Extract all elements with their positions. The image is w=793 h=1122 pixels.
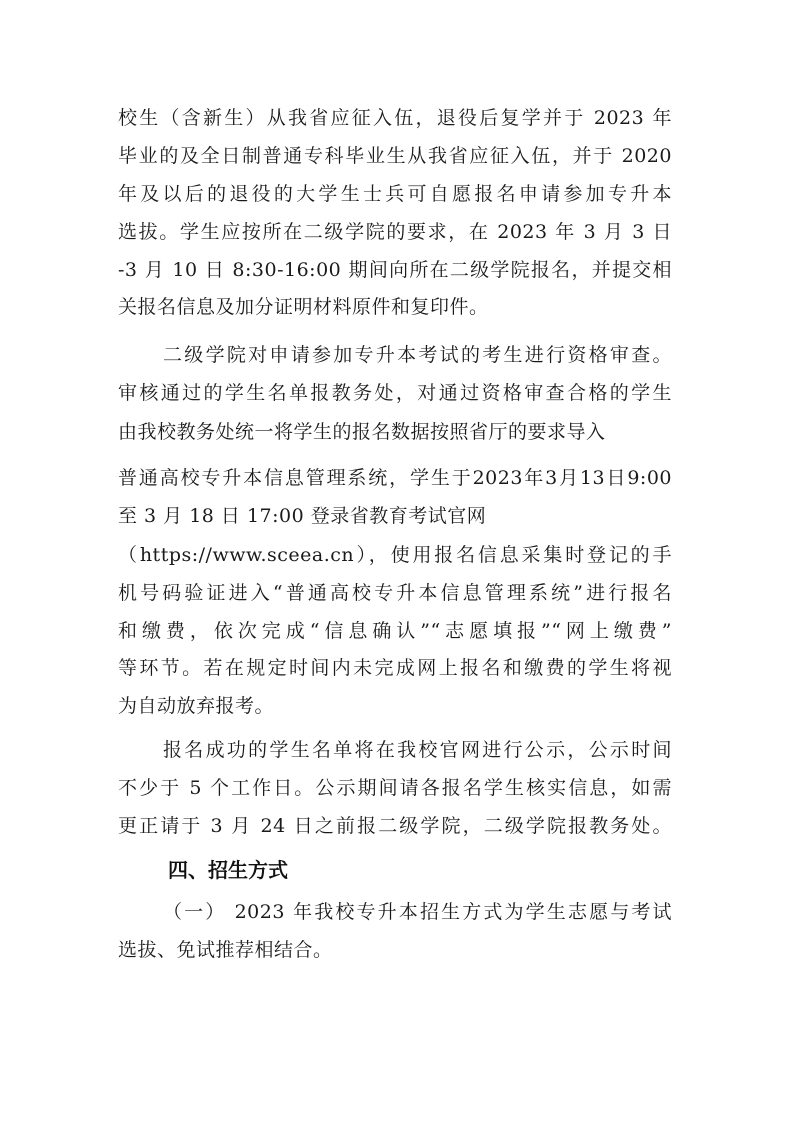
text-line: 选拔。学生应按所在二级学院的要求，在 2023 年 3 月 3 日 — [118, 220, 672, 244]
document-page: 校生（含新生）从我省应征入伍，退役后复学并于 2023 年 毕业的及全日制普通专… — [0, 0, 793, 1122]
text-line: 机号码验证进入“普通高校专升本信息管理系统”进行报名 — [118, 581, 672, 605]
text-line: 报名成功的学生名单将在我校官网进行公示，公示时间 — [163, 738, 672, 762]
text-line: 选拔、免试推荐相结合。 — [118, 938, 672, 962]
text-line-url: （https://www.sceea.cn），使用报名信息采集时登记的手 — [118, 543, 672, 567]
text-line: 不少于 5 个工作日。公示期间请各报名学生核实信息，如需 — [118, 776, 672, 800]
text-line: 和缴费，依次完成“信息确认”“志愿填报”“网上缴费” — [118, 619, 672, 643]
text-line: 二级学院对申请参加专升本考试的考生进行资格审查。 — [163, 343, 672, 367]
text-line: -3 月 10 日 8:30-16:00 期间向所在二级学院报名，并提交相 — [118, 258, 672, 282]
text-line: 校生（含新生）从我省应征入伍，退役后复学并于 2023 年 — [118, 106, 672, 130]
text-line: 为自动放弃报考。 — [118, 694, 672, 718]
text-line: 等环节。若在规定时间内未完成网上报名和缴费的学生将视 — [118, 656, 672, 680]
section-heading: 四、招生方式 — [168, 856, 288, 884]
text-line: 毕业的及全日制普通专科毕业生从我省应征入伍，并于 2020 — [118, 144, 672, 168]
text-line: 年及以后的退役的大学生士兵可自愿报名申请参加专升本 — [118, 182, 672, 206]
text-line: 审核通过的学生名单报教务处，对通过资格审查合格的学生 — [118, 381, 672, 405]
text-line: 普通高校专升本信息管理系统，学生于2023年3月13日9:00 — [118, 466, 672, 490]
text-line: （一） 2023 年我校专升本招生方式为学生志愿与考试 — [163, 900, 672, 924]
text-line: 由我校教务处统一将学生的报名数据按照省厅的要求导入 — [118, 420, 672, 444]
text-line: 至 3 月 18 日 17:00 登录省教育考试官网 — [118, 504, 672, 528]
text-line: 更正请于 3 月 24 日之前报二级学院，二级学院报教务处。 — [118, 814, 672, 838]
text-line: 关报名信息及加分证明材料原件和复印件。 — [118, 295, 672, 319]
